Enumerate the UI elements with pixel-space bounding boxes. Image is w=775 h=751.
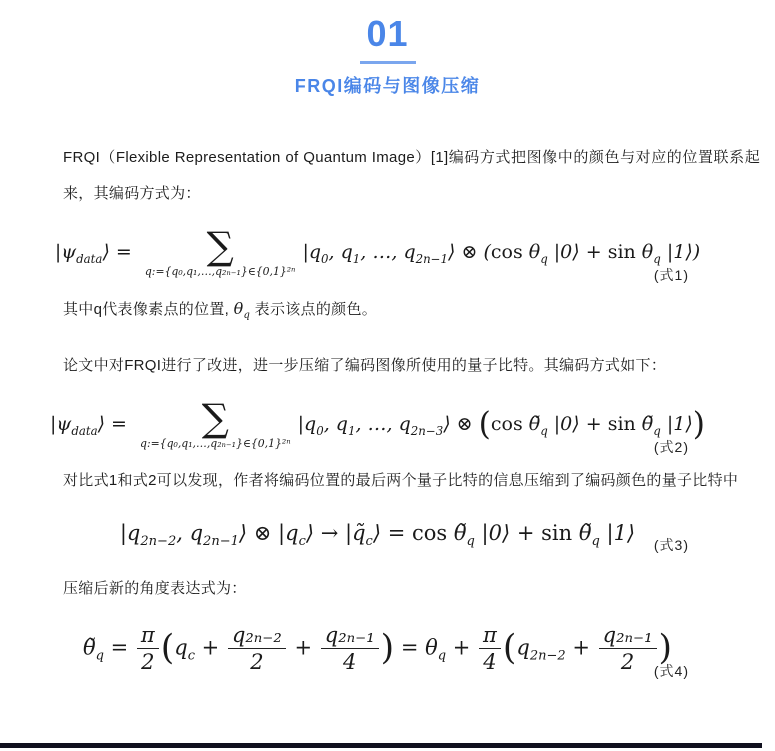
page-title: FRQI编码与图像压缩 [0, 72, 775, 98]
equation-4: θ̃q = π2(qc + q₂ₙ₋₂2 + q₂ₙ₋₁4) = θq + π4… [20, 622, 735, 676]
equation-4-label: (式4) [654, 661, 689, 681]
equation-2: |ψdata⟩ = ∑q:={q₀,q₁,…,q₂ₙ₋₁}∈{0,1}²ⁿ|q0… [20, 399, 735, 451]
paragraph-compare: 对比式1和式2可以发现，作者将编码位置的最后两个量子比特的信息压缩到了编码颜色的… [63, 463, 760, 499]
equation-3-label: (式3) [654, 535, 689, 555]
document-page: 01 FRQI编码与图像压缩 FRQI（Flexible Representat… [0, 0, 775, 751]
equation-1-math: |ψdata⟩ = ∑q:={q₀,q₁,…,q₂ₙ₋₁}∈{0,1}²ⁿ|q0… [55, 227, 700, 279]
header-divider [360, 61, 416, 64]
equation-3-math: |q2n−2, q2n−1⟩ ⊗ |qc⟩ → |q̃c⟩ = cos θ̃q … [120, 521, 635, 545]
equation-2-math: |ψdata⟩ = ∑q:={q₀,q₁,…,q₂ₙ₋₁}∈{0,1}²ⁿ|q0… [50, 399, 705, 451]
equation-3: |q2n−2, q2n−1⟩ ⊗ |qc⟩ → |q̃c⟩ = cos θ̃q … [20, 521, 735, 545]
paragraph-improve: 论文中对FRQI进行了改进，进一步压缩了编码图像所使用的量子比特。其编码方式如下… [63, 348, 760, 384]
equation-2-label: (式2) [654, 437, 689, 457]
section-number: 01 [0, 14, 775, 54]
equation-1: |ψdata⟩ = ∑q:={q₀,q₁,…,q₂ₙ₋₁}∈{0,1}²ⁿ|q0… [20, 227, 735, 279]
where-text-before: 其中q代表像素点的位置, [63, 301, 234, 318]
bottom-rule [0, 743, 762, 748]
paragraph-angle: 压缩后新的角度表达式为： [63, 571, 760, 607]
theta-q-inline-math: θq [234, 299, 251, 318]
paragraph-intro: FRQI（Flexible Representation of Quantum … [63, 140, 760, 212]
section-header: 01 FRQI编码与图像压缩 [0, 0, 775, 98]
equation-4-math: θ̃q = π2(qc + q₂ₙ₋₂2 + q₂ₙ₋₁4) = θq + π4… [83, 622, 672, 676]
equation-1-label: (式1) [654, 265, 689, 285]
where-text-after: 表示该点的颜色。 [250, 301, 377, 318]
paragraph-where: 其中q代表像素点的位置, θq 表示该点的颜色。 [63, 291, 760, 328]
